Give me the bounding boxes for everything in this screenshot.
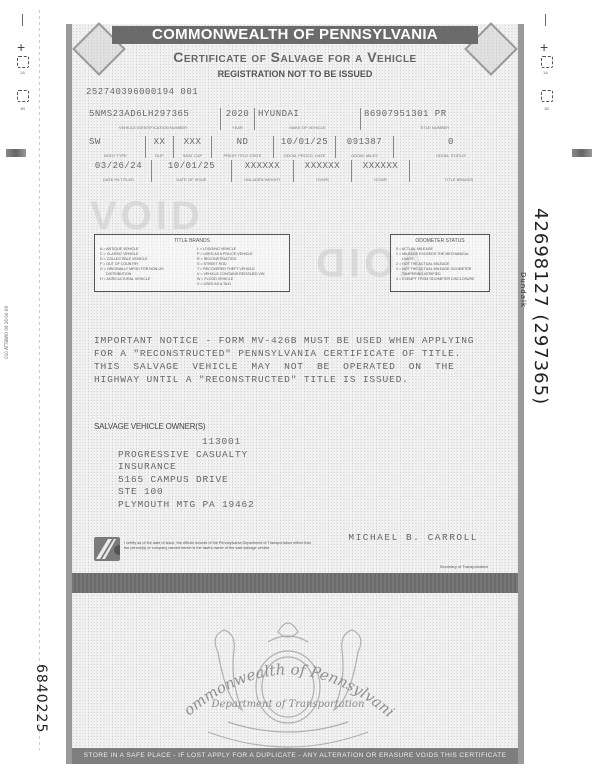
- title-brand-item: X = USED AS A TAXI: [197, 282, 284, 287]
- make-field: HYUNDAIMAKE OF VEHICLE: [255, 108, 361, 130]
- owner-address-line: STE 100: [118, 486, 255, 499]
- registration-tick: [22, 14, 23, 26]
- title-brands-heading: TITLE BRANDS: [100, 238, 284, 244]
- dup-field: XXDUP: [146, 136, 174, 158]
- registration-crosshair-icon: +: [540, 40, 548, 54]
- title-brands-list-left: A = ANTIQUE VEHICLEC = CLASSIC VEHICLED …: [100, 247, 187, 287]
- decorative-band: [72, 573, 518, 593]
- owner-block: 113001 PROGRESSIVE CASUALTYINSURANCE5165…: [118, 436, 255, 511]
- body-type-field: SWBODY TYPE: [86, 136, 146, 158]
- prior-title-state-field: NDPRIOR TITLE STATE: [212, 136, 274, 158]
- registration-crosshair-icon: +: [17, 40, 25, 54]
- gcwr-field: XXXXXXGCWR: [352, 160, 410, 182]
- registration-box-icon: [541, 56, 553, 68]
- title-brands-list-right: L = LOGGING VEHICLEP = USED AS A POLICE …: [197, 247, 284, 287]
- certificate-subtitle: REGISTRATION NOT TO BE ISSUED: [72, 69, 518, 79]
- year-field: 2020YEAR: [221, 108, 255, 130]
- penndot-logo: [94, 537, 120, 561]
- owner-code: 113001: [118, 436, 255, 449]
- footer-warning: STORE IN A SAFE PLACE - IF LOST APPLY FO…: [72, 748, 518, 764]
- certification-statement: I certify as of the date of issue, the o…: [124, 541, 314, 551]
- date-of-issue-field: 10/01/25DATE OF ISSUE: [152, 160, 232, 182]
- registration-bar: [572, 149, 592, 157]
- scan-id-stamp: 010 ATTBWIO 09 26-00-09: [4, 306, 9, 359]
- registration-box-icon: [541, 90, 553, 102]
- registration-bar: [6, 149, 26, 157]
- registration-label: 1A: [20, 70, 25, 75]
- vehicle-row-1: 5NMS23AD6LH297365VEHICLE IDENTIFICATION …: [86, 108, 508, 130]
- control-number: 25274039600019​4 001: [86, 87, 198, 97]
- pennsylvania-seal-icon: Commonwealth of Pennsylvania Department …: [168, 612, 408, 752]
- vehicle-row-3: 03/26/24DATE PA TITLED 10/01/25DATE OF I…: [86, 160, 508, 182]
- odometer-status-item: 4 = EXEMPT FROM ODOMETER DISCLOSURE: [396, 277, 484, 282]
- title-number-field: 86907951301 PRTITLE NUMBER: [361, 108, 508, 130]
- odom-miles-field: 091387ODOM. MILES: [336, 136, 394, 158]
- owner-address-line: 5165 CAMPUS DRIVE: [118, 474, 255, 487]
- tracking-number-stamp: 42698127 (297365): [530, 208, 551, 405]
- state-banner: COMMONWEALTH OF PENNSYLVANIA: [112, 26, 478, 44]
- odometer-status-heading: ODOMETER STATUS: [396, 238, 484, 244]
- registration-label: 1A: [543, 70, 548, 75]
- svg-text:Department of Transportation: Department of Transportation: [211, 699, 365, 710]
- title-brand-item: H = AGRICULTURAL VEHICLE: [100, 277, 187, 282]
- document-number-stamp: 6840225: [33, 664, 49, 733]
- important-notice: IMPORTANT NOTICE - FORM MV-426B MUST BE …: [94, 334, 512, 386]
- odometer-status-list: 0 = ACTUAL MILEAGE1 = MILEAGE EXCEEDS TH…: [396, 247, 484, 282]
- signer-name: MICHAEL B. CARROLL: [348, 532, 478, 543]
- owner-address: PROGRESSIVE CASUALTYINSURANCE5165 CAMPUS…: [118, 449, 255, 512]
- vehicle-row-2: SWBODY TYPE XXDUP XXXSEAT CAP NDPRIOR TI…: [86, 136, 508, 158]
- certificate-title: Certificate of Salvage for a Vehicle: [72, 49, 518, 65]
- registration-label: 1B: [20, 106, 25, 111]
- odom-status-field: 0ODOM. STATUS: [394, 136, 508, 158]
- unladen-weight-field: XXXXXXUNLADEN WEIGHT: [232, 160, 294, 182]
- registration-tick: [545, 14, 546, 26]
- owner-address-line: INSURANCE: [118, 461, 255, 474]
- scan-line: [39, 10, 40, 750]
- vin-field: 5NMS23AD6LH297365VEHICLE IDENTIFICATION …: [86, 108, 221, 130]
- void-watermark: VOID: [90, 194, 204, 239]
- odometer-status-legend: ODOMETER STATUS 0 = ACTUAL MILEAGE1 = MI…: [390, 234, 490, 292]
- seat-cap-field: XXXSEAT CAP: [174, 136, 212, 158]
- registration-label: 1B: [544, 106, 549, 111]
- registration-box-icon: [17, 90, 29, 102]
- odom-proc-date-field: 10/01/25ODOM. PROCD. DATE: [274, 136, 336, 158]
- location-stamp: Dundalk: [519, 272, 527, 308]
- salvage-certificate: COMMONWEALTH OF PENNSYLVANIA Certificate…: [66, 24, 524, 764]
- owner-heading: SALVAGE VEHICLE OWNER(S): [94, 422, 205, 431]
- title-brands-field: TITLE BRANDS: [410, 160, 508, 182]
- registration-box-icon: [17, 56, 29, 68]
- owner-address-line: PROGRESSIVE CASUALTY: [118, 449, 255, 462]
- signer-title: Secretary of Transportation: [440, 564, 488, 569]
- date-pa-titled-field: 03/26/24DATE PA TITLED: [86, 160, 152, 182]
- owner-address-line: PLYMOUTH MTG PA 19462: [118, 499, 255, 512]
- gvwr-field: XXXXXXGVWR: [294, 160, 352, 182]
- title-brands-legend: TITLE BRANDS A = ANTIQUE VEHICLEC = CLAS…: [94, 234, 290, 292]
